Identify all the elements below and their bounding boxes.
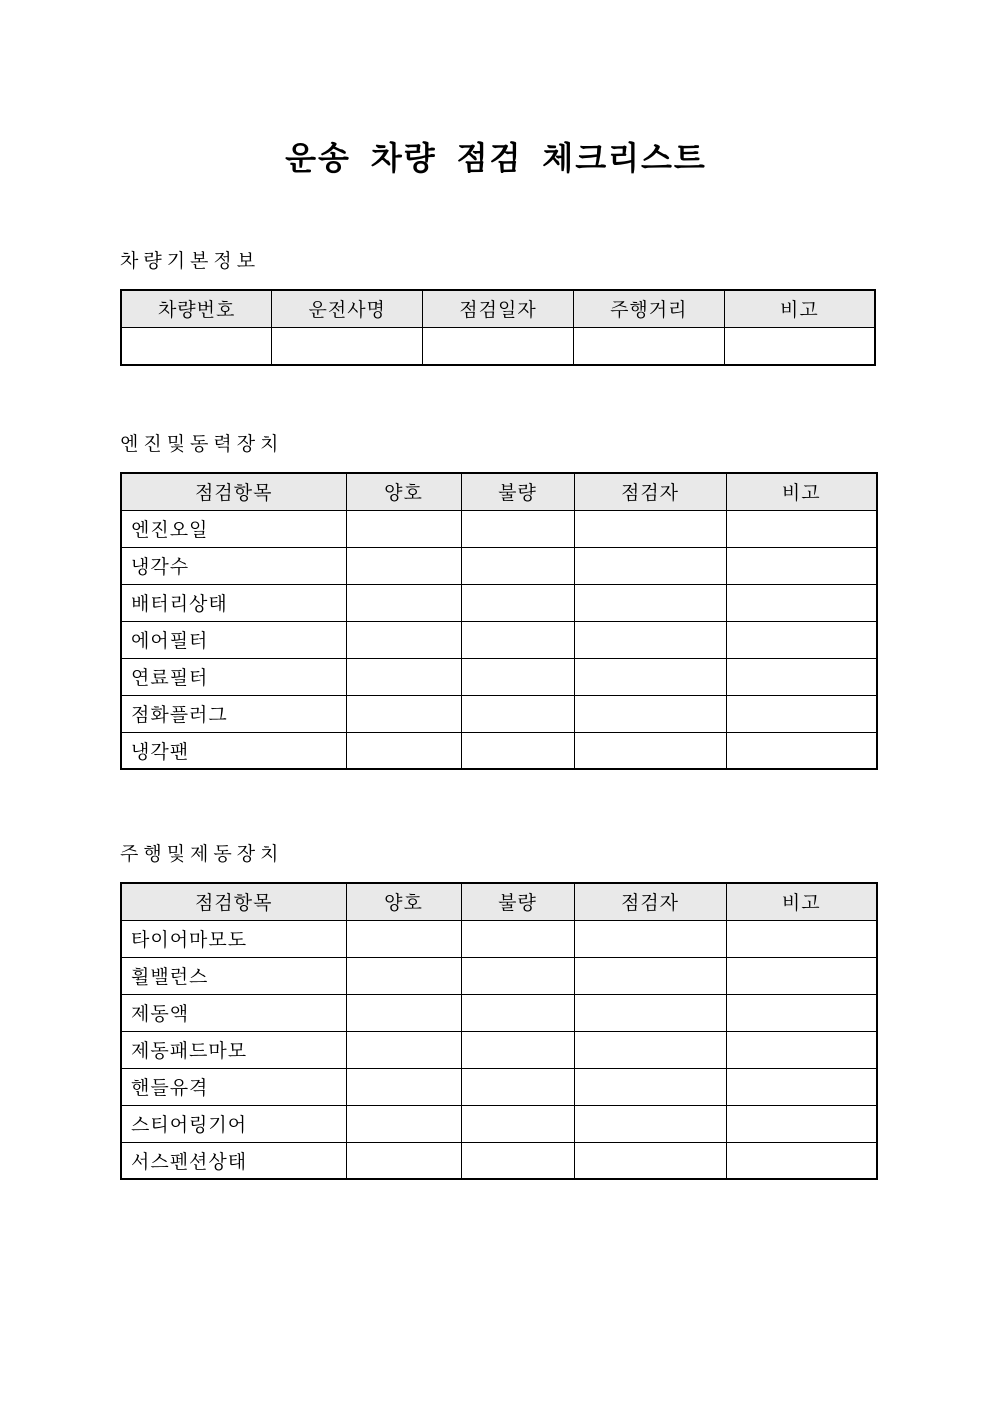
header-row: 차량번호 운전사명 점검일자 주행거리 비고 bbox=[121, 290, 875, 327]
header-row: 점검항목 양호 불량 점검자 비고 bbox=[121, 883, 877, 920]
blank-cell bbox=[574, 1031, 726, 1068]
blank-cell bbox=[574, 510, 726, 547]
blank-cell bbox=[573, 327, 724, 365]
document-page: 운송 차량 점검 체크리스트 차량기본정보 차량번호 운전사명 점검일자 주행거… bbox=[0, 0, 992, 1403]
blank-cell bbox=[574, 658, 726, 695]
blank-cell bbox=[461, 547, 574, 584]
column-header: 불량 bbox=[461, 473, 574, 510]
item-cell: 스티어링기어 bbox=[121, 1105, 346, 1142]
blank-cell bbox=[574, 695, 726, 732]
column-header: 점검일자 bbox=[423, 290, 574, 327]
blank-cell bbox=[346, 621, 461, 658]
blank-cell bbox=[346, 658, 461, 695]
column-header: 차량번호 bbox=[121, 290, 272, 327]
section-vehicle-basic-info: 차량기본정보 차량번호 운전사명 점검일자 주행거리 비고 bbox=[120, 250, 876, 366]
blank-cell bbox=[346, 1105, 461, 1142]
table-row: 냉각수 bbox=[121, 547, 877, 584]
column-header: 불량 bbox=[461, 883, 574, 920]
section-heading: 차량기본정보 bbox=[120, 250, 876, 274]
blank-cell bbox=[726, 957, 877, 994]
blank-cell bbox=[461, 695, 574, 732]
driving-braking-table: 점검항목 양호 불량 점검자 비고 타이어마모도휠밸런스제동액제동패드마모핸들유… bbox=[120, 882, 878, 1180]
column-header: 운전사명 bbox=[272, 290, 423, 327]
table-row: 엔진오일 bbox=[121, 510, 877, 547]
blank-cell bbox=[461, 658, 574, 695]
column-header: 비고 bbox=[726, 473, 877, 510]
table-row: 제동패드마모 bbox=[121, 1031, 877, 1068]
blank-cell bbox=[346, 957, 461, 994]
section-heading: 주행및제동장치 bbox=[120, 843, 876, 867]
column-header: 비고 bbox=[726, 883, 877, 920]
blank-cell bbox=[726, 1031, 877, 1068]
item-cell: 연료필터 bbox=[121, 658, 346, 695]
blank-cell bbox=[724, 327, 875, 365]
blank-cell bbox=[726, 621, 877, 658]
blank-cell bbox=[461, 621, 574, 658]
item-cell: 서스펜션상태 bbox=[121, 1142, 346, 1179]
column-header: 양호 bbox=[346, 883, 461, 920]
item-cell: 에어필터 bbox=[121, 621, 346, 658]
item-cell: 핸들유격 bbox=[121, 1068, 346, 1105]
blank-cell bbox=[461, 920, 574, 957]
blank-cell bbox=[346, 510, 461, 547]
blank-cell bbox=[726, 584, 877, 621]
blank-cell bbox=[461, 510, 574, 547]
blank-cell bbox=[574, 621, 726, 658]
column-header: 점검자 bbox=[574, 473, 726, 510]
blank-cell bbox=[726, 1068, 877, 1105]
table-row: 냉각팬 bbox=[121, 732, 877, 769]
blank-cell bbox=[461, 1068, 574, 1105]
column-header: 주행거리 bbox=[573, 290, 724, 327]
blank-cell bbox=[346, 584, 461, 621]
blank-cell bbox=[346, 547, 461, 584]
blank-cell bbox=[461, 1031, 574, 1068]
table-row: 배터리상태 bbox=[121, 584, 877, 621]
item-cell bbox=[121, 327, 272, 365]
table-row: 에어필터 bbox=[121, 621, 877, 658]
blank-cell bbox=[346, 695, 461, 732]
blank-cell bbox=[574, 957, 726, 994]
item-cell: 제동액 bbox=[121, 994, 346, 1031]
item-cell: 냉각팬 bbox=[121, 732, 346, 769]
table-row: 연료필터 bbox=[121, 658, 877, 695]
column-header: 비고 bbox=[724, 290, 875, 327]
item-cell: 제동패드마모 bbox=[121, 1031, 346, 1068]
blank-cell bbox=[461, 1142, 574, 1179]
table-row: 타이어마모도 bbox=[121, 920, 877, 957]
blank-cell bbox=[574, 584, 726, 621]
item-cell: 타이어마모도 bbox=[121, 920, 346, 957]
column-header: 점검항목 bbox=[121, 473, 346, 510]
blank-cell bbox=[461, 957, 574, 994]
item-cell: 휠밸런스 bbox=[121, 957, 346, 994]
blank-cell bbox=[726, 510, 877, 547]
blank-cell bbox=[423, 327, 574, 365]
table-row: 서스펜션상태 bbox=[121, 1142, 877, 1179]
blank-cell bbox=[726, 658, 877, 695]
blank-cell bbox=[461, 1105, 574, 1142]
blank-cell bbox=[461, 584, 574, 621]
document-title: 운송 차량 점검 체크리스트 bbox=[0, 133, 992, 179]
item-cell: 엔진오일 bbox=[121, 510, 346, 547]
blank-cell bbox=[461, 994, 574, 1031]
section-driving-braking: 주행및제동장치 점검항목 양호 불량 점검자 비고 타이어마모도휠밸런스제동액제… bbox=[120, 843, 876, 1180]
blank-cell bbox=[346, 920, 461, 957]
column-header: 양호 bbox=[346, 473, 461, 510]
table-row: 점화플러그 bbox=[121, 695, 877, 732]
blank-cell bbox=[346, 994, 461, 1031]
table-row bbox=[121, 327, 875, 365]
table-row: 핸들유격 bbox=[121, 1068, 877, 1105]
blank-cell bbox=[461, 732, 574, 769]
blank-cell bbox=[726, 994, 877, 1031]
blank-cell bbox=[574, 1068, 726, 1105]
blank-cell bbox=[726, 1142, 877, 1179]
blank-cell bbox=[574, 1105, 726, 1142]
engine-power-table: 점검항목 양호 불량 점검자 비고 엔진오일냉각수배터리상태에어필터연료필터점화… bbox=[120, 472, 878, 770]
section-heading: 엔진및동력장치 bbox=[120, 433, 876, 457]
section-engine-power: 엔진및동력장치 점검항목 양호 불량 점검자 비고 엔진오일냉각수배터리상태에어… bbox=[120, 433, 876, 770]
header-row: 점검항목 양호 불량 점검자 비고 bbox=[121, 473, 877, 510]
basic-info-table: 차량번호 운전사명 점검일자 주행거리 비고 bbox=[120, 289, 876, 366]
table-row: 스티어링기어 bbox=[121, 1105, 877, 1142]
column-header: 점검자 bbox=[574, 883, 726, 920]
blank-cell bbox=[574, 547, 726, 584]
blank-cell bbox=[272, 327, 423, 365]
blank-cell bbox=[726, 920, 877, 957]
blank-cell bbox=[726, 695, 877, 732]
blank-cell bbox=[346, 732, 461, 769]
column-header: 점검항목 bbox=[121, 883, 346, 920]
item-cell: 점화플러그 bbox=[121, 695, 346, 732]
blank-cell bbox=[346, 1068, 461, 1105]
blank-cell bbox=[574, 1142, 726, 1179]
blank-cell bbox=[726, 547, 877, 584]
item-cell: 배터리상태 bbox=[121, 584, 346, 621]
blank-cell bbox=[346, 1142, 461, 1179]
blank-cell bbox=[726, 732, 877, 769]
table-row: 휠밸런스 bbox=[121, 957, 877, 994]
table-row: 제동액 bbox=[121, 994, 877, 1031]
blank-cell bbox=[574, 994, 726, 1031]
blank-cell bbox=[574, 920, 726, 957]
blank-cell bbox=[574, 732, 726, 769]
blank-cell bbox=[346, 1031, 461, 1068]
item-cell: 냉각수 bbox=[121, 547, 346, 584]
blank-cell bbox=[726, 1105, 877, 1142]
